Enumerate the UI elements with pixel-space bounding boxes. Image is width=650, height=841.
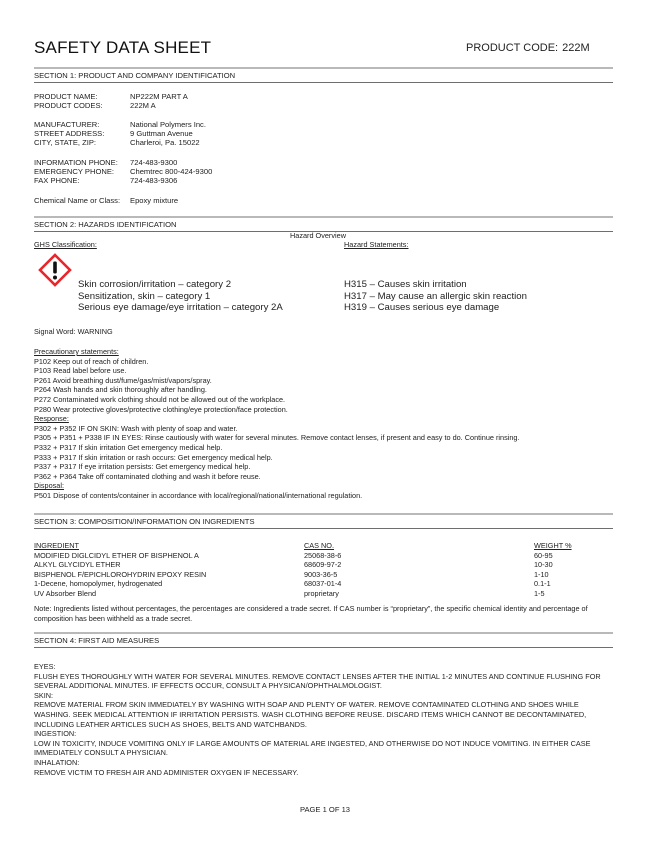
hazard-overview-label: Hazard Overview <box>290 231 346 241</box>
hazard-statements-label: Hazard Statements: <box>344 240 409 250</box>
column-header-ingredient: INGREDIENT <box>34 541 304 551</box>
product-name-row: PRODUCT NAME:NP222M PART A <box>34 92 188 101</box>
cas-cell: 68037-01-4 <box>304 579 534 589</box>
response-item: P362 + P364 Take off contaminated clothi… <box>34 472 624 482</box>
first-aid-text-inhalation: REMOVE VICTIM TO FRESH AIR AND ADMINISTE… <box>34 768 614 778</box>
product-codes-row: PRODUCT CODES:222M A <box>34 101 188 110</box>
column-header-cas: CAS NO. <box>304 541 534 551</box>
manufacturer-row: MANUFACTURER:National Polymers Inc. <box>34 120 206 129</box>
first-aid-text-skin: REMOVE MATERIAL FROM SKIN IMMEDIATELY BY… <box>34 700 614 729</box>
table-row: UV Absorber Blend proprietary 1-5 <box>34 589 614 599</box>
city-state-zip-row: CITY, STATE, ZIP:Charleroi, Pa. 15022 <box>34 138 206 147</box>
product-code-value: 222M <box>562 42 590 54</box>
trade-secret-note: Note: Ingredients listed without percent… <box>34 604 614 623</box>
table-row: ALKYL GLYCIDYL ETHER 68609-97-2 10-30 <box>34 560 614 570</box>
field-value: 724-483-9306 <box>130 176 177 185</box>
product-info-group: PRODUCT NAME:NP222M PART A PRODUCT CODES… <box>34 92 188 110</box>
first-aid-text-ingestion: LOW IN TOXICITY, INDUCE VOMITING ONLY IF… <box>34 739 614 758</box>
precautionary-item: P264 Wash hands and skin thoroughly afte… <box>34 385 624 395</box>
street-address-row: STREET ADDRESS:9 Guttman Avenue <box>34 129 206 138</box>
page-number: PAGE 1 OF 13 <box>0 805 650 814</box>
classification-item: Sensitization, skin – category 1 <box>78 291 283 303</box>
hazard-statement-item: H317 – May cause an allergic skin reacti… <box>344 291 527 303</box>
precautionary-item: P103 Read label before use. <box>34 366 624 376</box>
table-row: BISPHENOL F/EPICHLOROHYDRIN EPOXY RESIN … <box>34 570 614 580</box>
precautionary-item: P272 Contaminated work clothing should n… <box>34 395 624 405</box>
first-aid-label-eyes: EYES: <box>34 662 614 672</box>
weight-cell: 1-10 <box>534 570 614 580</box>
product-code-label: PRODUCT CODE: <box>466 42 558 54</box>
table-row: MODIFIED DIGLCIDYL ETHER OF BISPHENOL A … <box>34 551 614 561</box>
response-item: P302 + P352 IF ON SKIN: Wash with plenty… <box>34 424 624 434</box>
emergency-phone-row: EMERGENCY PHONE:Chemtrec 800-424-9300 <box>34 167 212 176</box>
field-value: 724-483-9300 <box>130 158 177 167</box>
weight-cell: 1-5 <box>534 589 614 599</box>
first-aid-text-eyes: FLUSH EYES THOROUGHLY WITH WATER FOR SEV… <box>34 672 614 691</box>
ingredient-cell: BISPHENOL F/EPICHLOROHYDRIN EPOXY RESIN <box>34 570 304 580</box>
weight-cell: 10-30 <box>534 560 614 570</box>
chemical-name-row: Chemical Name or Class:Epoxy mixture <box>34 196 178 205</box>
section-2-heading: SECTION 2: HAZARDS IDENTIFICATION <box>34 216 613 232</box>
precautionary-block: Precautionary statements: P102 Keep out … <box>34 347 624 501</box>
phone-group: INFORMATION PHONE:724-483-9300 EMERGENCY… <box>34 158 212 185</box>
hazard-statement-item: H315 – Causes skin irritation <box>344 279 527 291</box>
column-header-weight: WEIGHT % <box>534 541 614 551</box>
response-label: Response: <box>34 414 624 424</box>
cas-cell: proprietary <box>304 589 534 599</box>
field-label: Chemical Name or Class: <box>34 196 130 205</box>
disposal-label: Disposal: <box>34 481 624 491</box>
cas-cell: 68609-97-2 <box>304 560 534 570</box>
ingredient-cell: MODIFIED DIGLCIDYL ETHER OF BISPHENOL A <box>34 551 304 561</box>
response-item: P333 + P317 If skin irritation or rash o… <box>34 453 624 463</box>
weight-cell: 60-95 <box>534 551 614 561</box>
information-phone-row: INFORMATION PHONE:724-483-9300 <box>34 158 212 167</box>
section-3-heading-text: SECTION 3: COMPOSITION/INFORMATION ON IN… <box>34 516 613 527</box>
precautionary-item: P280 Wear protective gloves/protective c… <box>34 405 624 415</box>
first-aid-label-ingestion: INGESTION: <box>34 729 614 739</box>
response-item: P332 + P317 If skin irritation Get emerg… <box>34 443 624 453</box>
classification-item: Skin corrosion/irritation – category 2 <box>78 279 283 291</box>
cas-cell: 9003-36-5 <box>304 570 534 580</box>
hazard-statement-item: H319 – Causes serious eye damage <box>344 302 527 314</box>
document-title: SAFETY DATA SHEET <box>34 38 211 58</box>
section-2-heading-text: SECTION 2: HAZARDS IDENTIFICATION <box>34 219 613 230</box>
field-label: PRODUCT CODES: <box>34 101 130 110</box>
precautionary-label: Precautionary statements: <box>34 347 624 357</box>
signal-word: Signal Word: WARNING <box>34 327 113 337</box>
hazard-statements-list: H315 – Causes skin irritation H317 – May… <box>344 279 527 314</box>
field-value: National Polymers Inc. <box>130 120 206 129</box>
weight-cell: 0.1-1 <box>534 579 614 589</box>
field-value: 9 Guttman Avenue <box>130 129 193 138</box>
first-aid-label-inhalation: INHALATION: <box>34 758 614 768</box>
ghs-classification-list: Skin corrosion/irritation – category 2 S… <box>78 279 283 314</box>
classification-item: Serious eye damage/eye irritation – cate… <box>78 302 283 314</box>
first-aid-label-skin: SKIN: <box>34 691 614 701</box>
field-label: EMERGENCY PHONE: <box>34 167 130 176</box>
manufacturer-group: MANUFACTURER:National Polymers Inc. STRE… <box>34 120 206 147</box>
ingredient-cell: ALKYL GLYCIDYL ETHER <box>34 560 304 570</box>
field-value: 222M A <box>130 101 156 110</box>
response-item: P337 + P317 If eye irritation persists: … <box>34 462 624 472</box>
response-item: P305 + P351 + P338 IF IN EYES: Rinse cau… <box>34 433 624 443</box>
ghs-classification-label: GHS Classification: <box>34 240 97 250</box>
ingredient-cell: UV Absorber Blend <box>34 589 304 599</box>
field-value: NP222M PART A <box>130 92 188 101</box>
exclamation-mark-diamond-icon <box>38 253 72 287</box>
field-value: Epoxy mixture <box>130 196 178 205</box>
table-header-row: INGREDIENT CAS NO. WEIGHT % <box>34 541 614 551</box>
section-3-heading: SECTION 3: COMPOSITION/INFORMATION ON IN… <box>34 513 613 529</box>
disposal-item: P501 Dispose of contents/container in ac… <box>34 491 624 501</box>
field-label: CITY, STATE, ZIP: <box>34 138 130 147</box>
field-value: Charleroi, Pa. 15022 <box>130 138 200 147</box>
field-label: MANUFACTURER: <box>34 120 130 129</box>
section-1-heading: SECTION 1: PRODUCT AND COMPANY IDENTIFIC… <box>34 67 613 83</box>
section-1-heading-text: SECTION 1: PRODUCT AND COMPANY IDENTIFIC… <box>34 70 613 81</box>
section-4-heading-text: SECTION 4: FIRST AID MEASURES <box>34 635 613 646</box>
precautionary-item: P261 Avoid breathing dust/fume/gas/mist/… <box>34 376 624 386</box>
field-label: PRODUCT NAME: <box>34 92 130 101</box>
section-4-heading: SECTION 4: FIRST AID MEASURES <box>34 632 613 648</box>
precautionary-item: P102 Keep out of reach of children. <box>34 357 624 367</box>
first-aid-measures: EYES: FLUSH EYES THOROUGHLY WITH WATER F… <box>34 662 614 777</box>
product-code: PRODUCT CODE:222M <box>466 42 590 54</box>
ingredient-cell: 1-Decene, homopolymer, hydrogenated <box>34 579 304 589</box>
table-row: 1-Decene, homopolymer, hydrogenated 6803… <box>34 579 614 589</box>
field-label: STREET ADDRESS: <box>34 129 130 138</box>
field-label: INFORMATION PHONE: <box>34 158 130 167</box>
cas-cell: 25068-38-6 <box>304 551 534 561</box>
field-label: FAX PHONE: <box>34 176 130 185</box>
fax-phone-row: FAX PHONE:724-483-9306 <box>34 176 212 185</box>
chemical-name-group: Chemical Name or Class:Epoxy mixture <box>34 196 178 205</box>
ingredients-table: INGREDIENT CAS NO. WEIGHT % MODIFIED DIG… <box>34 541 614 599</box>
field-value: Chemtrec 800-424-9300 <box>130 167 212 176</box>
